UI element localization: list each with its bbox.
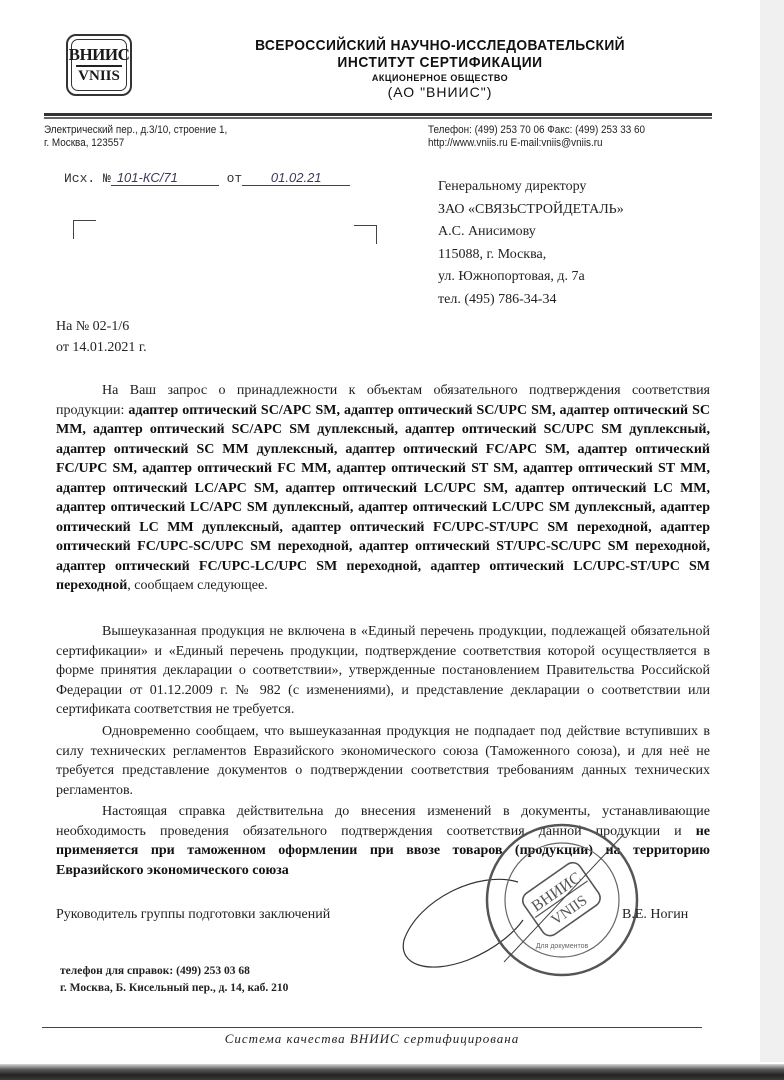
address-field-corner-right — [354, 225, 377, 244]
outgoing-reference: Исх. №101-КС/71 от01.02.21 — [64, 170, 350, 186]
org-web-email: http://www.vniis.ru E-mail:vniis@vniis.r… — [428, 137, 645, 150]
official-stamp-icon: ВНИИС VNIIS Для документов — [484, 822, 640, 978]
in-reply-to: На № 02-1/6 от 14.01.2021 г. — [56, 316, 147, 358]
recipient-position: Генеральному директору — [438, 176, 624, 199]
in-reply-number: На № 02-1/6 — [56, 316, 147, 337]
outgoing-number-label: Исх. № — [64, 171, 111, 186]
recipient-company: ЗАО «СВЯЗЬСТРОЙДЕТАЛЬ» — [438, 199, 624, 222]
logo-text-cyrillic: ВНИИС — [69, 46, 130, 64]
vniis-logo: ВНИИС VNIIS — [66, 34, 132, 96]
logo-text-latin: VNIIS — [78, 68, 120, 85]
scan-page-edge — [760, 0, 784, 1062]
address-field-corner-left — [73, 220, 96, 239]
recipient-street: ул. Южнопортовая, д. 7а — [438, 266, 624, 289]
recipient-phone: тел. (495) 786-34-34 — [438, 289, 624, 312]
recipient-city: 115088, г. Москва, — [438, 244, 624, 267]
footer-quality-note: Система качества ВНИИС сертифицирована — [42, 1031, 702, 1047]
inquiry-phone: телефон для справок: (499) 253 03 68 — [60, 963, 288, 980]
org-contacts: Телефон: (499) 253 70 06 Факс: (499) 253… — [428, 124, 645, 150]
org-short-name: (АО "ВНИИС") — [200, 84, 680, 100]
org-name-line2: ИНСТИТУТ СЕРТИФИКАЦИИ — [219, 54, 661, 71]
org-address: Электрический пер., д.3/10, строение 1, … — [44, 124, 227, 150]
paragraph-regulations-text: Одновременно сообщаем, что вышеуказанная… — [56, 722, 710, 800]
inquiry-address: г. Москва, Б. Кисельный пер., д. 14, каб… — [60, 980, 288, 997]
org-address-line2: г. Москва, 123557 — [44, 137, 227, 150]
paragraph-regulations: Одновременно сообщаем, что вышеуказанная… — [56, 722, 710, 800]
paragraph-request: На Ваш запрос о принадлежности к объекта… — [56, 381, 710, 596]
outgoing-number: 101-КС/71 — [111, 170, 219, 186]
org-type: АКЦИОНЕРНОЕ ОБЩЕСТВО — [200, 73, 680, 83]
recipient-block: Генеральному директору ЗАО «СВЯЗЬСТРОЙДЕ… — [438, 176, 624, 311]
inquiry-contacts: телефон для справок: (499) 253 03 68 г. … — [60, 963, 288, 997]
svg-text:Для документов: Для документов — [536, 943, 589, 950]
letterhead-divider — [44, 113, 712, 116]
paragraph-certification: Вышеуказанная продукция не включена в «Е… — [56, 622, 710, 720]
org-phone-fax: Телефон: (499) 253 70 06 Факс: (499) 253… — [428, 124, 645, 137]
paragraph-certification-text: Вышеуказанная продукция не включена в «Е… — [56, 622, 710, 720]
org-name-line1: ВСЕРОССИЙСКИЙ НАУЧНО-ИССЛЕДОВАТЕЛЬСКИЙ — [219, 37, 661, 54]
logo-divider — [76, 65, 122, 67]
signer-name: В.Е. Ногин — [622, 907, 688, 923]
scan-bottom-edge — [0, 1064, 784, 1080]
recipient-name: А.С. Анисимову — [438, 221, 624, 244]
product-list: адаптер оптический SC/APC SM, адаптер оп… — [56, 403, 710, 594]
org-address-line1: Электрический пер., д.3/10, строение 1, — [44, 124, 227, 137]
paragraph-request-outro: , сообщаем следующее. — [127, 578, 267, 593]
outgoing-date: 01.02.21 — [242, 170, 350, 186]
footer-divider — [42, 1027, 702, 1028]
signer-title: Руководитель группы подготовки заключени… — [56, 907, 330, 923]
letterhead-divider-secondary — [44, 117, 712, 119]
outgoing-date-label: от — [227, 171, 243, 186]
in-reply-date: от 14.01.2021 г. — [56, 337, 147, 358]
